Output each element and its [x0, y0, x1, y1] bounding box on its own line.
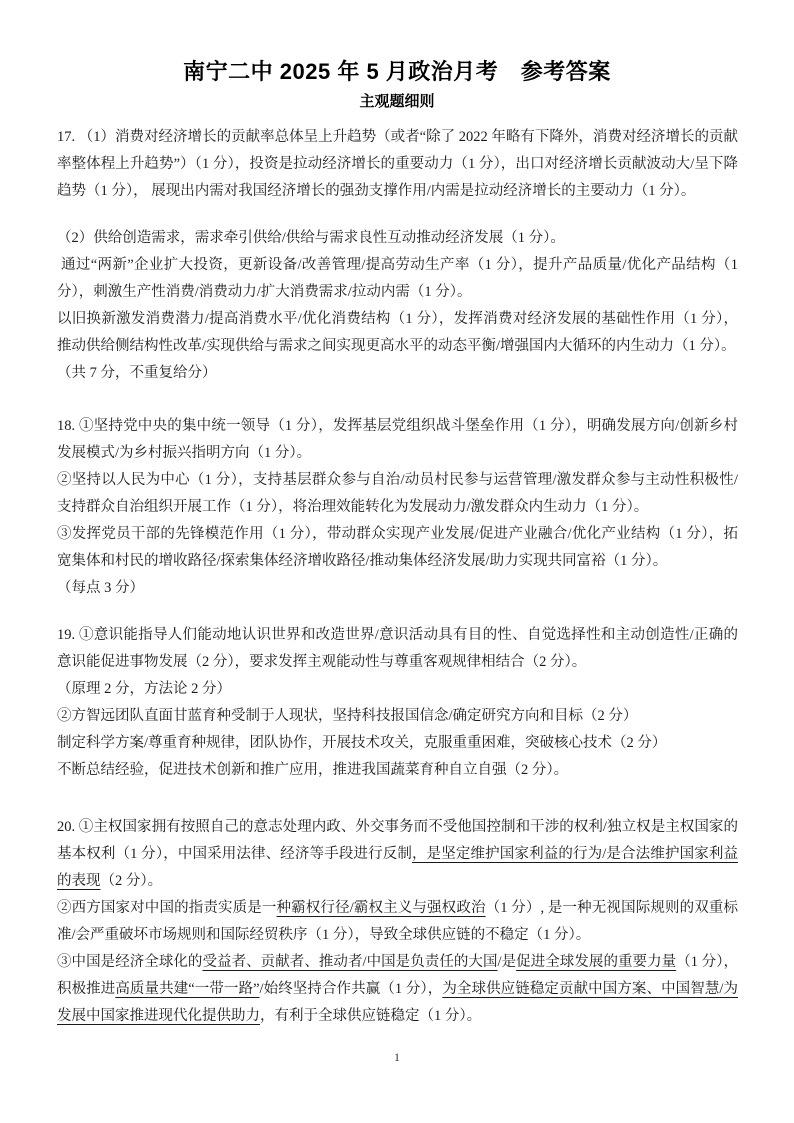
q17-part1: 17. （1）消费对经济增长的贡献率总体呈上升趋势（或者“除了 2022 年略有… — [57, 124, 738, 205]
text-run: ②方智远团队直面甘蓝育种受制于人现状，坚持科技报国信念/确定研究方向和目标（2 … — [57, 708, 637, 724]
q17-part2-line1: （2）供给创造需求，需求牵引供给/供给与需求良性互动推动经济发展（1 分）。 — [57, 225, 738, 252]
page-number: 1 — [394, 1050, 400, 1064]
page-subtitle: 主观题细则 — [0, 92, 794, 112]
underlined-text-run: 促进全球发展的重要力量 — [516, 954, 676, 970]
q18-point1: 18. ①坚持党中央的集中统一领导（1 分），发挥基层党组织战斗堡垒作用（1 分… — [57, 413, 738, 467]
q19-point1: 19. ①意识能指导人们能动地认识世界和改造世界/意识活动具有目的性、自觉选择性… — [57, 622, 738, 676]
q20-point3: ③中国是经济全球化的受益者、贡献者、推动者/中国是负责任的大国/是促进全球发展的… — [57, 949, 738, 1030]
document-header: 南宁二中 2025 年 5 月政治月考 参考答案 主观题细则 — [0, 0, 794, 112]
underlined-text-run: 种霸权行径/霸权主义与强权政治 — [277, 900, 486, 916]
q20-point2: ②西方国家对中国的指责实质是一种霸权行径/霸权主义与强权政治（1 分）, 是一种… — [57, 895, 738, 949]
text-run: ②西方国家对中国的指责实质是一 — [57, 900, 277, 916]
document-page: 南宁二中 2025 年 5 月政治月考 参考答案 主观题细则 17. （1）消费… — [0, 0, 794, 1123]
underlined-text-run: 受益者、贡献者、推动者/中国是负责任的大国 — [202, 954, 497, 970]
page-footer: 1 — [0, 1050, 794, 1065]
text-run: （2 分）。 — [101, 873, 163, 889]
text-run: ，有利于全球供应链稳定（1 分）。 — [260, 1008, 481, 1024]
text-run: 通过“两新”企业扩大投资，更新设备/改善管理/提高劳动生产率（1 分），提升产品… — [57, 257, 742, 300]
q18-score-note: （每点 3 分） — [57, 575, 738, 602]
q19-point2-line3: 不断总结经验，促进技术创新和推广应用，推进我国蔬菜育种自立自强（2 分）。 — [57, 757, 738, 784]
text-run: ②坚持以人民为中心（1 分），支持基层群众参与自治/动员村民参与运营管理/激发群… — [57, 472, 738, 515]
text-run: 18. ①坚持党中央的集中统一领导（1 分），发挥基层党组织战斗堡垒作用（1 分… — [57, 418, 738, 461]
text-run: 制定科学方案/尊重育种规律，团队协作，开展技术攻关，克服重重困难，突破核心技术（… — [57, 735, 666, 751]
text-run: /始终坚持合作共赢（1 分）， — [260, 981, 443, 997]
text-run: （2）供给创造需求，需求牵引供给/供给与需求良性互动推动经济发展（1 分）。 — [57, 230, 565, 246]
q18-point3: ③发挥党员干部的先锋模范作用（1 分），带动群众实现产业发展/促进产业融合/优化… — [57, 521, 738, 575]
q20-point1: 20. ①主权国家拥有按照自己的意志处理内政、外交事务而不受他国控制和干涉的权利… — [57, 814, 738, 895]
q19-score-note: （原理 2 分，方法论 2 分） — [57, 676, 738, 703]
q17-part2-line2: 通过“两新”企业扩大投资，更新设备/改善管理/提高劳动生产率（1 分），提升产品… — [57, 252, 738, 306]
text-run: 17. （1）消费对经济增长的贡献率总体呈上升趋势（或者“除了 2022 年略有… — [57, 129, 738, 199]
text-run: ③发挥党员干部的先锋模范作用（1 分），带动群众实现产业发展/促进产业融合/优化… — [57, 526, 738, 569]
page-title: 南宁二中 2025 年 5 月政治月考 参考答案 — [0, 56, 794, 88]
text-run: （共 7 分，不重复给分） — [57, 365, 217, 381]
document-body: 17. （1）消费对经济增长的贡献率总体呈上升趋势（或者“除了 2022 年略有… — [57, 124, 738, 1030]
q17-score-note: （共 7 分，不重复给分） — [57, 360, 738, 387]
q17-part2-line3: 以旧换新激发消费潜力/提高消费水平/优化消费结构（1 分），发挥消费对经济发展的… — [57, 306, 738, 360]
q19-point2-line1: ②方智远团队直面甘蓝育种受制于人现状，坚持科技报国信念/确定研究方向和目标（2 … — [57, 703, 738, 730]
text-run: ③中国是经济全球化的 — [57, 954, 202, 970]
q19-point2-line2: 制定科学方案/尊重育种规律，团队协作，开展技术攻关，克服重重困难，突破核心技术（… — [57, 730, 738, 757]
text-run: /是 — [498, 954, 517, 970]
text-run: 19. ①意识能指导人们能动地认识世界和改造世界/意识活动具有目的性、自觉选择性… — [57, 627, 738, 670]
q18-point2: ②坚持以人民为中心（1 分），支持基层群众参与自治/动员村民参与运营管理/激发群… — [57, 467, 738, 521]
text-run: 以旧换新激发消费潜力/提高消费水平/优化消费结构（1 分），发挥消费对经济发展的… — [57, 311, 738, 354]
text-run: （原理 2 分，方法论 2 分） — [57, 681, 231, 697]
text-run: （每点 3 分） — [57, 580, 144, 596]
text-run: 不断总结经验，促进技术创新和推广应用，推进我国蔬菜育种自立自强（2 分）。 — [57, 762, 568, 778]
underlined-text-run: 高质量共建“一带一路” — [115, 981, 259, 997]
